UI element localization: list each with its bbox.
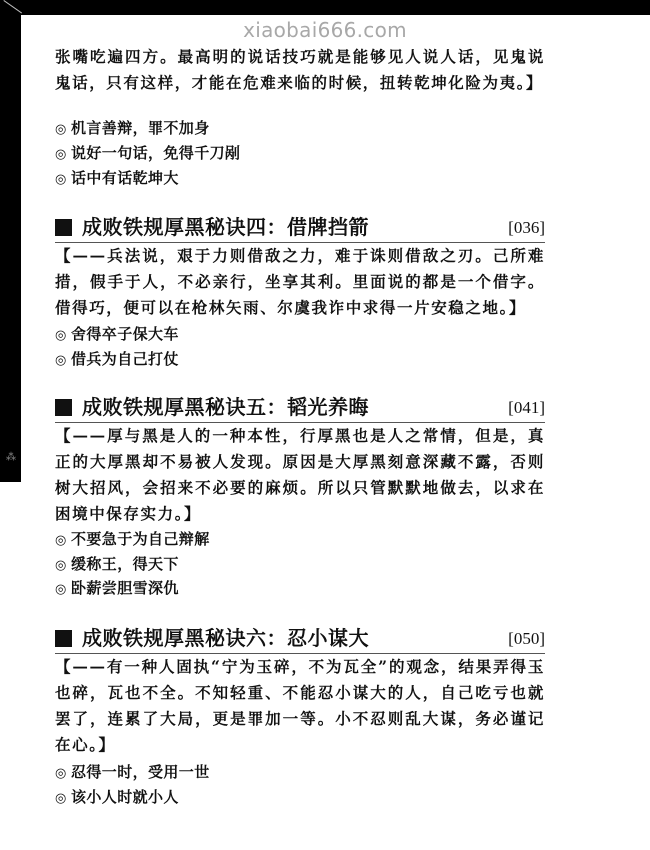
section-heading: 成败铁规厚黑秘诀五：韬光养晦 [041] xyxy=(55,394,545,423)
page-number: [050] xyxy=(508,627,545,651)
section-paragraph: 【——有一种人固执“宁为玉碎，不为瓦全”的观念，结果弄得玉也碎，瓦也不全。不知轻… xyxy=(55,654,545,758)
section-bullet: ◎不要急于为自己辩解 xyxy=(55,529,210,551)
bullet-text: 借兵为自己打仗 xyxy=(71,350,179,368)
bullet-text: 卧薪尝胆雪深仇 xyxy=(71,579,179,597)
section-bullet: ◎舍得卒子保大车 xyxy=(55,324,179,346)
double-circle-icon: ◎ xyxy=(55,170,71,190)
section-title: 成败铁规厚黑秘诀四：借牌挡箭 xyxy=(82,214,369,240)
bullet-text: 该小人时就小人 xyxy=(71,788,179,806)
black-square-icon xyxy=(55,399,72,416)
bullet-text: 缓称王，得天下 xyxy=(71,555,179,573)
double-circle-icon: ◎ xyxy=(55,556,71,576)
scan-top-border xyxy=(0,0,650,15)
intro-bullet: ◎机言善辩，罪不加身 xyxy=(55,118,210,140)
scan-speck: ⁂ xyxy=(6,452,16,463)
section-title: 成败铁规厚黑秘诀五：韬光养晦 xyxy=(82,394,369,420)
double-circle-icon: ◎ xyxy=(55,580,71,600)
section-paragraph: 【——厚与黑是人的一种本性，行厚黑也是人之常情，但是，真正的大厚黑却不易被人发现… xyxy=(55,423,545,527)
watermark: xiaobai666.com xyxy=(0,18,650,42)
section-bullet: ◎忍得一时，受用一世 xyxy=(55,762,210,784)
intro-bullet: ◎话中有话乾坤大 xyxy=(55,168,179,190)
black-square-icon xyxy=(55,219,72,236)
double-circle-icon: ◎ xyxy=(55,120,71,140)
bullet-text: 话中有话乾坤大 xyxy=(71,169,179,187)
section-bullet: ◎卧薪尝胆雪深仇 xyxy=(55,578,179,600)
page-number: [036] xyxy=(508,216,545,240)
section-bullet: ◎借兵为自己打仗 xyxy=(55,349,179,371)
intro-bullet: ◎说好一句话，免得千刀剐 xyxy=(55,143,240,165)
section-title: 成败铁规厚黑秘诀六：忍小谋大 xyxy=(82,625,369,651)
bullet-text: 机言善辩，罪不加身 xyxy=(71,119,210,137)
page-number: [041] xyxy=(508,396,545,420)
scan-left-border xyxy=(0,0,21,482)
section-heading: 成败铁规厚黑秘诀四：借牌挡箭 [036] xyxy=(55,214,545,243)
bullet-text: 舍得卒子保大车 xyxy=(71,325,179,343)
double-circle-icon: ◎ xyxy=(55,326,71,346)
double-circle-icon: ◎ xyxy=(55,145,71,165)
black-square-icon xyxy=(55,630,72,647)
double-circle-icon: ◎ xyxy=(55,531,71,551)
section-bullet: ◎缓称王，得天下 xyxy=(55,554,179,576)
double-circle-icon: ◎ xyxy=(55,764,71,784)
bullet-text: 忍得一时，受用一世 xyxy=(71,763,210,781)
section-heading: 成败铁规厚黑秘诀六：忍小谋大 [050] xyxy=(55,625,545,654)
intro-paragraph: 张嘴吃遍四方。最高明的说话技巧就是能够见人说人话，见鬼说鬼话，只有这样，才能在危… xyxy=(55,44,545,96)
bullet-text: 不要急于为自己辩解 xyxy=(71,530,210,548)
section-paragraph: 【——兵法说，艰于力则借敌之力，难于诛则借敌之刃。己所难措，假手于人，不必亲行，… xyxy=(55,243,545,321)
bullet-text: 说好一句话，免得千刀剐 xyxy=(71,144,240,162)
double-circle-icon: ◎ xyxy=(55,789,71,809)
section-bullet: ◎该小人时就小人 xyxy=(55,787,179,809)
double-circle-icon: ◎ xyxy=(55,351,71,371)
